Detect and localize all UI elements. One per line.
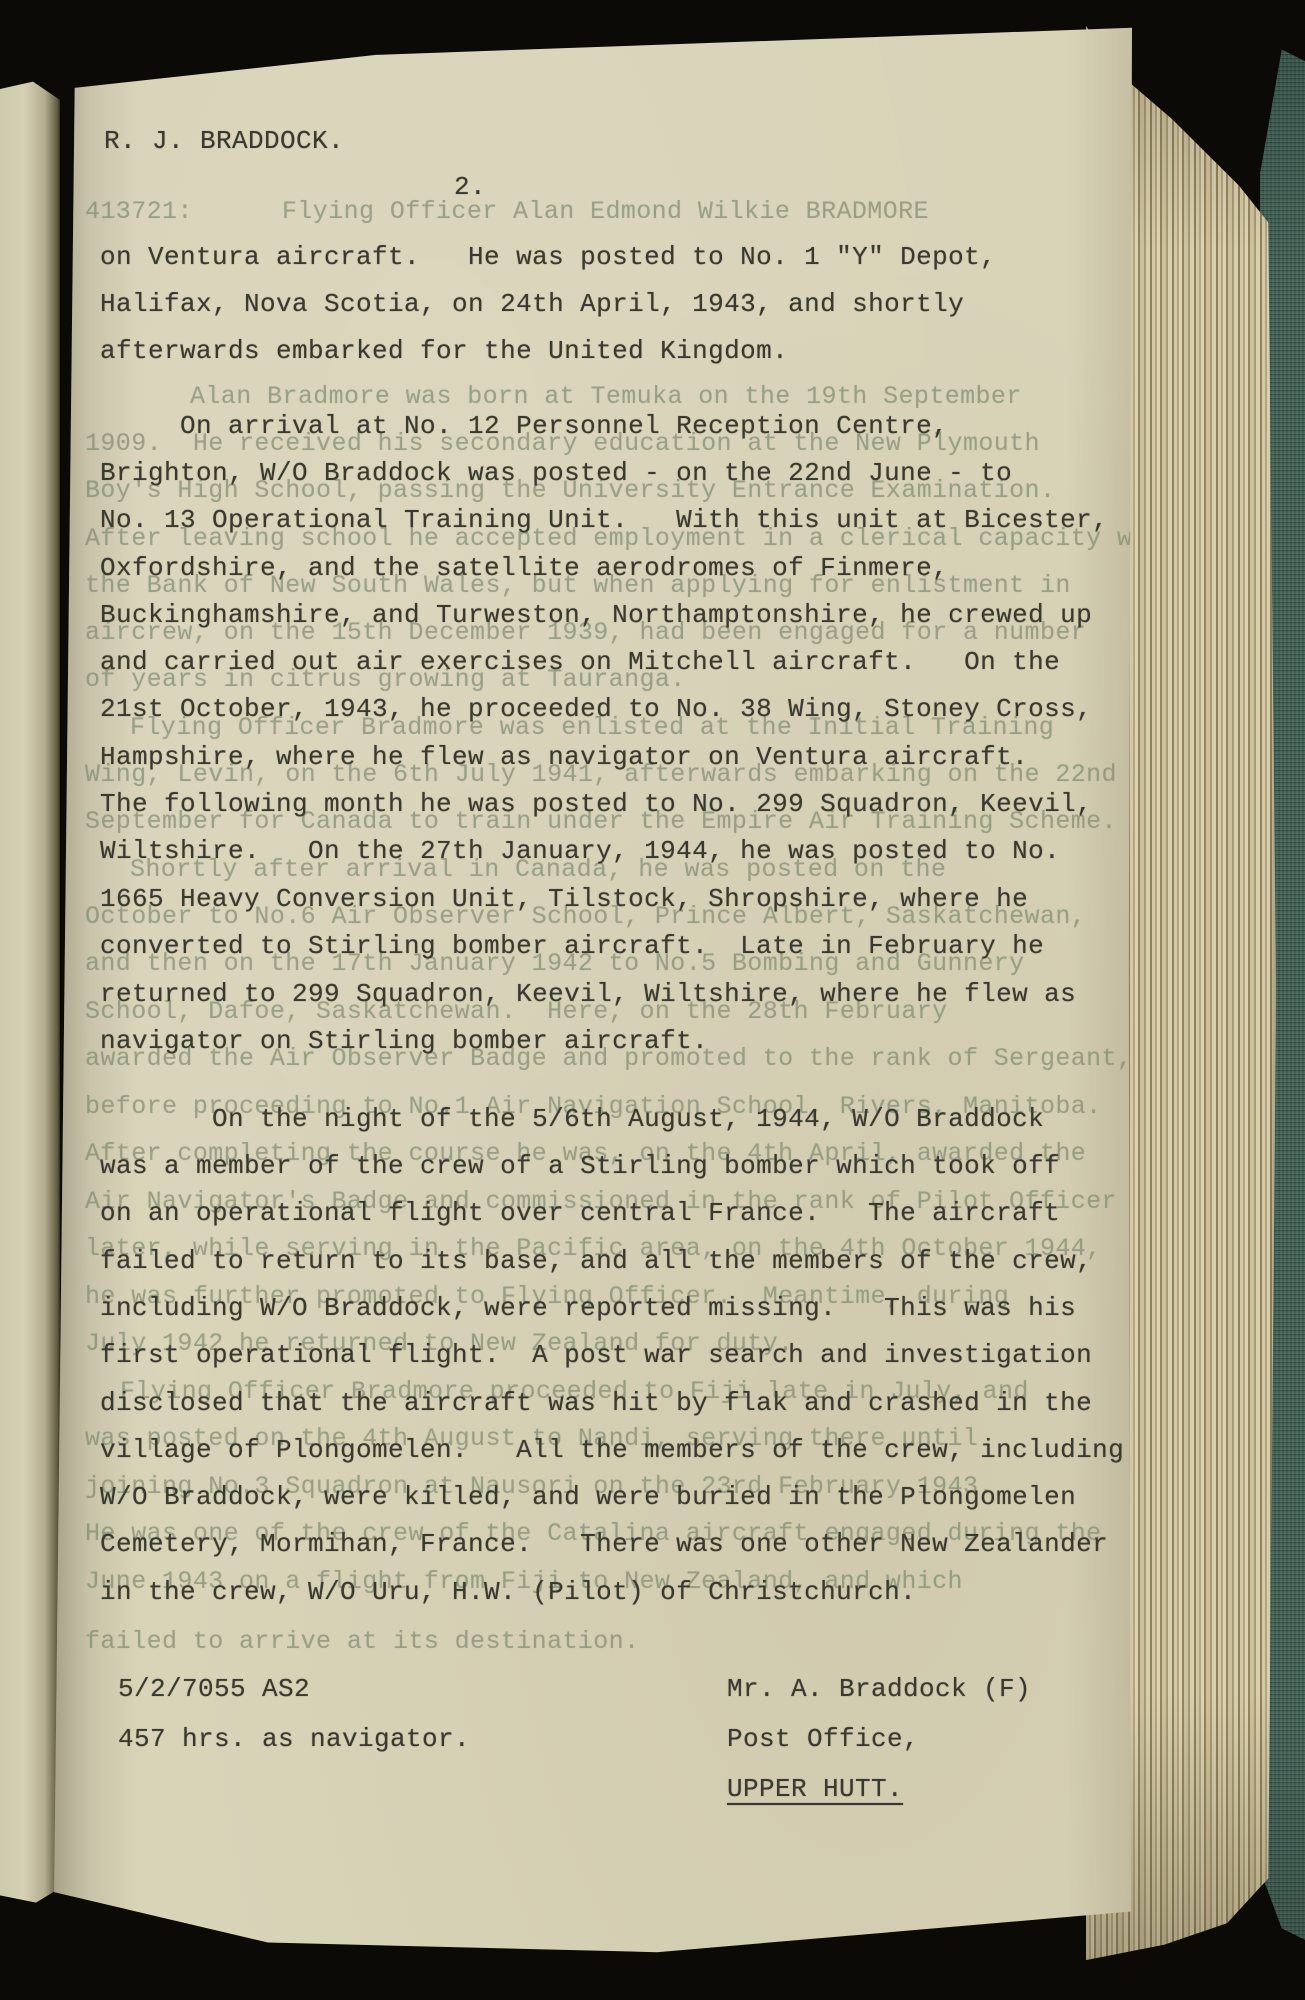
typed-text-line: 21st October, 1943, he proceeded to No. … (100, 694, 1092, 724)
typed-text-line: On arrival at No. 12 Personnel Reception… (100, 411, 948, 441)
typed-text-line: On the night of the 5/6th August, 1944, … (100, 1104, 1044, 1134)
footer-reference-line: 457 hrs. as navigator. (118, 1724, 470, 1754)
page-number: 2. (454, 172, 486, 202)
typed-text-line: navigator on Stirling bomber aircraft. (100, 1026, 708, 1056)
footer-reference-line: 5/2/7055 AS2 (118, 1674, 310, 1704)
ghost-text-line: Alan Bradmore was born at Temuka on the … (190, 382, 1022, 411)
typed-text-line: on Ventura aircraft. He was posted to No… (100, 242, 996, 272)
typed-text-line: 1665 Heavy Conversion Unit, Tilstock, Sh… (100, 884, 1028, 914)
typed-text-line: failed to return to its base, and all th… (100, 1246, 1092, 1276)
page-header-name: R. J. BRADDOCK. (104, 126, 344, 156)
footer-address-line: Post Office, (727, 1724, 919, 1754)
typed-text-line: was a member of the crew of a Stirling b… (100, 1151, 1060, 1181)
typed-text-line: in the crew, W/O Uru, H.W. (Pilot) of Ch… (100, 1577, 916, 1607)
typed-text-line: afterwards embarked for the United Kingd… (100, 336, 788, 366)
typed-text-line: Oxfordshire, and the satellite aerodrome… (100, 553, 948, 583)
book-scan: 413721:Flying Officer Alan Edmond Wilkie… (0, 0, 1305, 2000)
typed-text-line: and carried out air exercises on Mitchel… (100, 647, 1060, 677)
ghost-text-line: failed to arrive at its destination. (85, 1627, 640, 1656)
footer-address-line: Mr. A. Braddock (F) (727, 1674, 1031, 1704)
ghost-text-line: Flying Officer Alan Edmond Wilkie BRADMO… (282, 197, 929, 226)
typed-text-line: W/O Braddock, were killed, and were buri… (100, 1482, 1076, 1512)
typed-text-line: returned to 299 Squadron, Keevil, Wiltsh… (100, 979, 1076, 1009)
typed-text-line: disclosed that the aircraft was hit by f… (100, 1388, 1092, 1418)
typed-text-line: Cemetery, Mormihan, France. There was on… (100, 1529, 1108, 1559)
typed-text-line: Brighton, W/O Braddock was posted - on t… (100, 458, 1012, 488)
ghost-text-line: 413721: (85, 197, 193, 226)
typed-text-line: Hampshire, where he flew as navigator on… (100, 742, 1028, 772)
typed-text-line: including W/O Braddock, were reported mi… (100, 1293, 1076, 1323)
typed-text-line: converted to Stirling bomber aircraft. L… (100, 931, 1044, 961)
typed-text-line: Halifax, Nova Scotia, on 24th April, 194… (100, 289, 964, 319)
facing-page-edge (0, 78, 60, 1910)
typed-text-line: on an operational flight over central Fr… (100, 1198, 1060, 1228)
typed-text-line: Buckinghamshire, and Turweston, Northamp… (100, 600, 1092, 630)
typed-text-line: village of Plongomelen. All the members … (100, 1435, 1124, 1465)
typed-text-line: first operational flight. A post war sea… (100, 1340, 1092, 1370)
typed-text-line: Wiltshire. On the 27th January, 1944, he… (100, 836, 1060, 866)
typed-text-line: No. 13 Operational Training Unit. With t… (100, 505, 1108, 535)
typed-text-line: The following month he was posted to No.… (100, 789, 1092, 819)
footer-address-line: UPPER HUTT. (727, 1774, 903, 1804)
document-page: 413721:Flying Officer Alan Edmond Wilkie… (52, 22, 1132, 1958)
